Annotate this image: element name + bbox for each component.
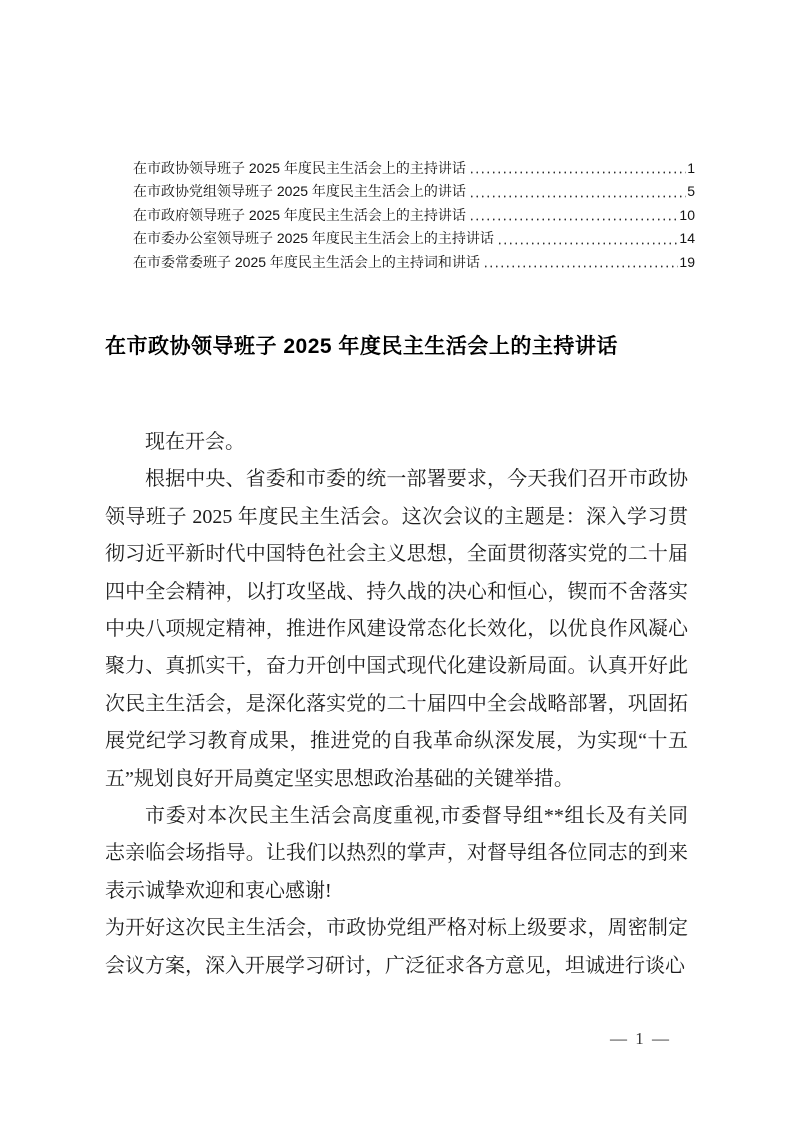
toc-dotted-leader [497,235,678,251]
toc-page-number: 5 [687,180,695,203]
table-of-contents: 在市政协领导班子 2025 年度民主生活会上的主持讲话 1 在市政协党组领导班子… [133,157,695,274]
toc-entry[interactable]: 在市政府领导班子 2025 年度民主生活会上的主持讲话 10 [133,204,695,227]
document-body: 现在开会。 根据中央、省委和市委的统一部署要求，今天我们召开市政协领导班子 20… [105,424,688,985]
document-page: 在市政协领导班子 2025 年度民主生活会上的主持讲话 1 在市政协党组领导班子… [0,0,793,1122]
toc-dotted-leader [483,258,678,274]
toc-page-number: 10 [679,204,695,227]
toc-page-number: 19 [679,251,695,274]
paragraph-supervision-group: 市委对本次民主生活会高度重视,市委督导组**组长及有关同志亲临会场指导。让我们以… [105,798,688,910]
paragraph-opening: 现在开会。 [105,424,688,461]
page-number-footer: — 1 — [0,1029,671,1049]
toc-dotted-leader [469,188,686,204]
toc-page-number: 1 [687,157,695,180]
document-title: 在市政协领导班子 2025 年度民主生活会上的主持讲话 [105,330,688,360]
paragraph-preparation: 为开好这次民主生活会，市政协党组严格对标上级要求，周密制定会议方案，深入开展学习… [105,910,688,985]
toc-entry-label: 在市政协领导班子 2025 年度民主生活会上的主持讲话 [133,157,466,180]
toc-entry-label: 在市委办公室领导班子 2025 年度民主生活会上的主持讲话 [133,227,494,250]
toc-entry[interactable]: 在市政协领导班子 2025 年度民主生活会上的主持讲话 1 [133,157,695,180]
toc-entry[interactable]: 在市政协党组领导班子 2025 年度民主生活会上的讲话 5 [133,180,695,203]
toc-entry-label: 在市委常委班子 2025 年度民主生活会上的主持词和讲话 [133,251,480,274]
paragraph-meeting-theme: 根据中央、省委和市委的统一部署要求，今天我们召开市政协领导班子 2025 年度民… [105,461,688,798]
toc-dotted-leader [469,211,678,227]
toc-entry[interactable]: 在市委办公室领导班子 2025 年度民主生活会上的主持讲话 14 [133,227,695,250]
toc-dotted-leader [469,164,686,180]
toc-entry-label: 在市政协党组领导班子 2025 年度民主生活会上的讲话 [133,180,466,203]
toc-page-number: 14 [679,227,695,250]
toc-entry[interactable]: 在市委常委班子 2025 年度民主生活会上的主持词和讲话 19 [133,251,695,274]
toc-entry-label: 在市政府领导班子 2025 年度民主生活会上的主持讲话 [133,204,466,227]
